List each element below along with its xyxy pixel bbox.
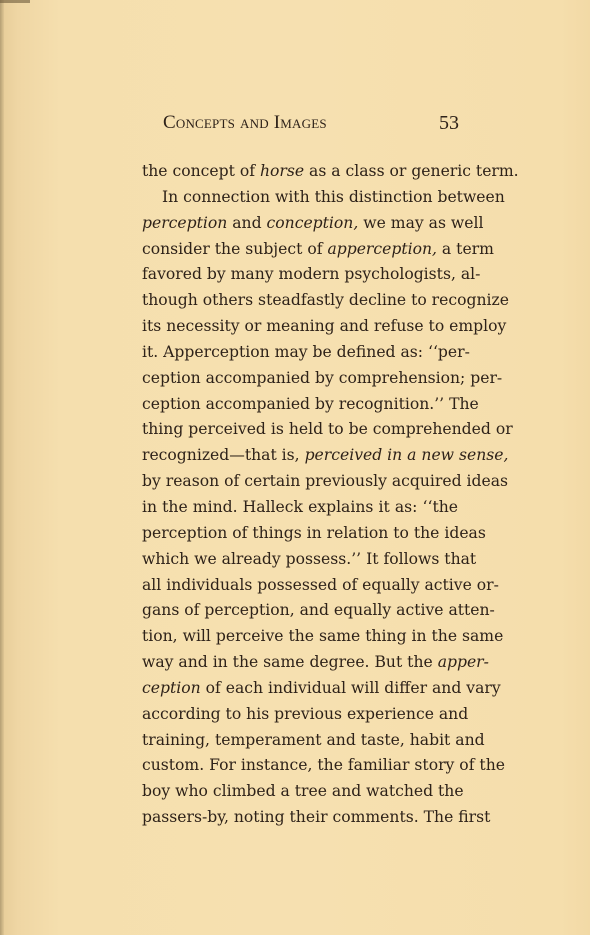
text-run: in the mind. Halleck explains it as: ‘‘t… bbox=[142, 498, 458, 516]
book-page: Concepts and Images 53 the concept of ho… bbox=[0, 0, 590, 935]
italic-text: apper- bbox=[438, 653, 489, 671]
italic-text: ception bbox=[142, 679, 201, 697]
text-run: consider the subject of bbox=[142, 240, 327, 258]
text-line: in the mind. Halleck explains it as: ‘‘t… bbox=[142, 495, 458, 521]
text-line: boy who climbed a tree and watched the bbox=[142, 779, 458, 805]
text-line: recognized—that is, perceived in a new s… bbox=[142, 443, 458, 469]
page-number: 53 bbox=[439, 112, 459, 135]
body-text: the concept of horse as a class or gener… bbox=[142, 159, 458, 831]
page-spine-shadow bbox=[0, 0, 4, 935]
text-line: which we already possess.’’ It follows t… bbox=[142, 547, 458, 573]
text-line: the concept of horse as a class or gener… bbox=[142, 159, 458, 185]
text-run: training, temperament and taste, habit a… bbox=[142, 731, 485, 749]
text-run: ception accompanied by recognition.’’ Th… bbox=[142, 395, 479, 413]
text-run: perception of things in relation to the … bbox=[142, 524, 486, 542]
text-run: custom. For instance, the familiar story… bbox=[142, 756, 505, 774]
running-title: Concepts and Images bbox=[163, 112, 327, 134]
text-run: way and in the same degree. But the bbox=[142, 653, 438, 671]
text-line: favored by many modern psychologists, al… bbox=[142, 262, 458, 288]
text-line: training, temperament and taste, habit a… bbox=[142, 728, 458, 754]
text-run: the concept of bbox=[142, 162, 260, 180]
running-header: Concepts and Images 53 bbox=[163, 112, 459, 136]
text-line: perception and conception, we may as wel… bbox=[142, 211, 458, 237]
text-line: all individuals possessed of equally act… bbox=[142, 573, 458, 599]
text-run: favored by many modern psychologists, al… bbox=[142, 265, 480, 283]
text-run: all individuals possessed of equally act… bbox=[142, 576, 499, 594]
text-run: it. Apperception may be defined as: ‘‘pe… bbox=[142, 343, 470, 361]
italic-text: conception, bbox=[267, 214, 359, 232]
text-line: ception accompanied by recognition.’’ Th… bbox=[142, 392, 458, 418]
text-run: its necessity or meaning and refuse to e… bbox=[142, 317, 506, 335]
text-line: gans of perception, and equally active a… bbox=[142, 598, 458, 624]
text-line: In connection with this distinction betw… bbox=[142, 185, 458, 211]
italic-text: perception bbox=[142, 214, 227, 232]
italic-text: horse bbox=[260, 162, 304, 180]
text-line: ception accompanied by comprehension; pe… bbox=[142, 366, 458, 392]
text-line: it. Apperception may be defined as: ‘‘pe… bbox=[142, 340, 458, 366]
text-line: tion, will perceive the same thing in th… bbox=[142, 624, 458, 650]
text-run: recognized—that is, bbox=[142, 446, 305, 464]
text-line: its necessity or meaning and refuse to e… bbox=[142, 314, 458, 340]
text-line: passers-by, noting their comments. The f… bbox=[142, 805, 458, 831]
text-line: ception of each individual will differ a… bbox=[142, 676, 458, 702]
text-run: of each individual will differ and vary bbox=[201, 679, 501, 697]
text-run: thing perceived is held to be comprehend… bbox=[142, 420, 513, 438]
text-run: gans of perception, and equally active a… bbox=[142, 601, 495, 619]
text-run: though others steadfastly decline to rec… bbox=[142, 291, 509, 309]
page-edge-mark bbox=[0, 0, 30, 3]
text-line: according to his previous experience and bbox=[142, 702, 458, 728]
text-line: custom. For instance, the familiar story… bbox=[142, 753, 458, 779]
text-run: In connection with this distinction betw… bbox=[162, 188, 505, 206]
text-line: way and in the same degree. But the appe… bbox=[142, 650, 458, 676]
text-line: consider the subject of apperception, a … bbox=[142, 237, 458, 263]
text-line: perception of things in relation to the … bbox=[142, 521, 458, 547]
text-run: we may as well bbox=[358, 214, 483, 232]
text-run: a term bbox=[437, 240, 494, 258]
text-run: as a class or generic term. bbox=[304, 162, 519, 180]
text-run: which we already possess.’’ It follows t… bbox=[142, 550, 476, 568]
italic-text: apperception, bbox=[327, 240, 437, 258]
text-line: by reason of certain previously acquired… bbox=[142, 469, 458, 495]
text-run: boy who climbed a tree and watched the bbox=[142, 782, 464, 800]
text-run: by reason of certain previously acquired… bbox=[142, 472, 508, 490]
text-run: tion, will perceive the same thing in th… bbox=[142, 627, 503, 645]
text-run: and bbox=[227, 214, 266, 232]
text-run: ception accompanied by comprehension; pe… bbox=[142, 369, 502, 387]
italic-text: perceived in a new sense, bbox=[305, 446, 509, 464]
text-line: thing perceived is held to be comprehend… bbox=[142, 417, 458, 443]
text-run: passers-by, noting their comments. The f… bbox=[142, 808, 490, 826]
text-line: though others steadfastly decline to rec… bbox=[142, 288, 458, 314]
text-run: according to his previous experience and bbox=[142, 705, 468, 723]
